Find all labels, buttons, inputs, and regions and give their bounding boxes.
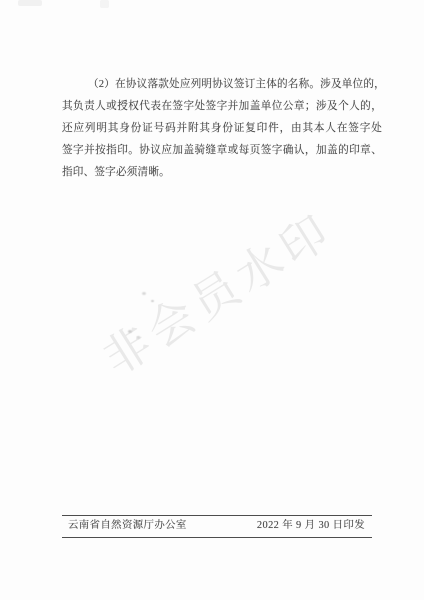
paragraph-line: 还应列明其身份证号码并附其身份证复印件，由其本人在签字处 <box>62 118 382 140</box>
paragraph-line: 指印、签字必须清晰。 <box>62 162 382 184</box>
footer-issuer: 云南省自然资源厅办公室 <box>68 519 187 533</box>
paragraph-line: 签字并按指印。协议应加盖骑缝章或每页签字确认，加盖的印章、 <box>62 140 382 162</box>
scan-noise-dot <box>142 292 146 295</box>
footer-print-date: 2022 年 9 月 30 日印发 <box>257 519 365 533</box>
scan-smudge <box>18 0 42 6</box>
scan-noise-dot <box>128 330 132 333</box>
document-page: （2）在协议落款处应列明协议签订主体的名称。涉及单位的， 其负责人或授权代表在签… <box>0 0 424 600</box>
paragraph-line: 其负责人或授权代表在签字处签字并加盖单位公章；涉及个人的， <box>62 96 382 118</box>
scan-noise-dot <box>151 300 154 302</box>
paragraph: （2）在协议落款处应列明协议签订主体的名称。涉及单位的， 其负责人或授权代表在签… <box>62 74 382 184</box>
footer-top-rule <box>62 515 372 516</box>
diagonal-watermark: 非会员水印 <box>77 192 359 395</box>
paragraph-line: （2）在协议落款处应列明协议签订主体的名称。涉及单位的， <box>62 74 382 96</box>
scan-noise-dot <box>137 336 140 339</box>
footer-bottom-rule <box>62 537 372 538</box>
scan-smudge <box>100 0 109 8</box>
